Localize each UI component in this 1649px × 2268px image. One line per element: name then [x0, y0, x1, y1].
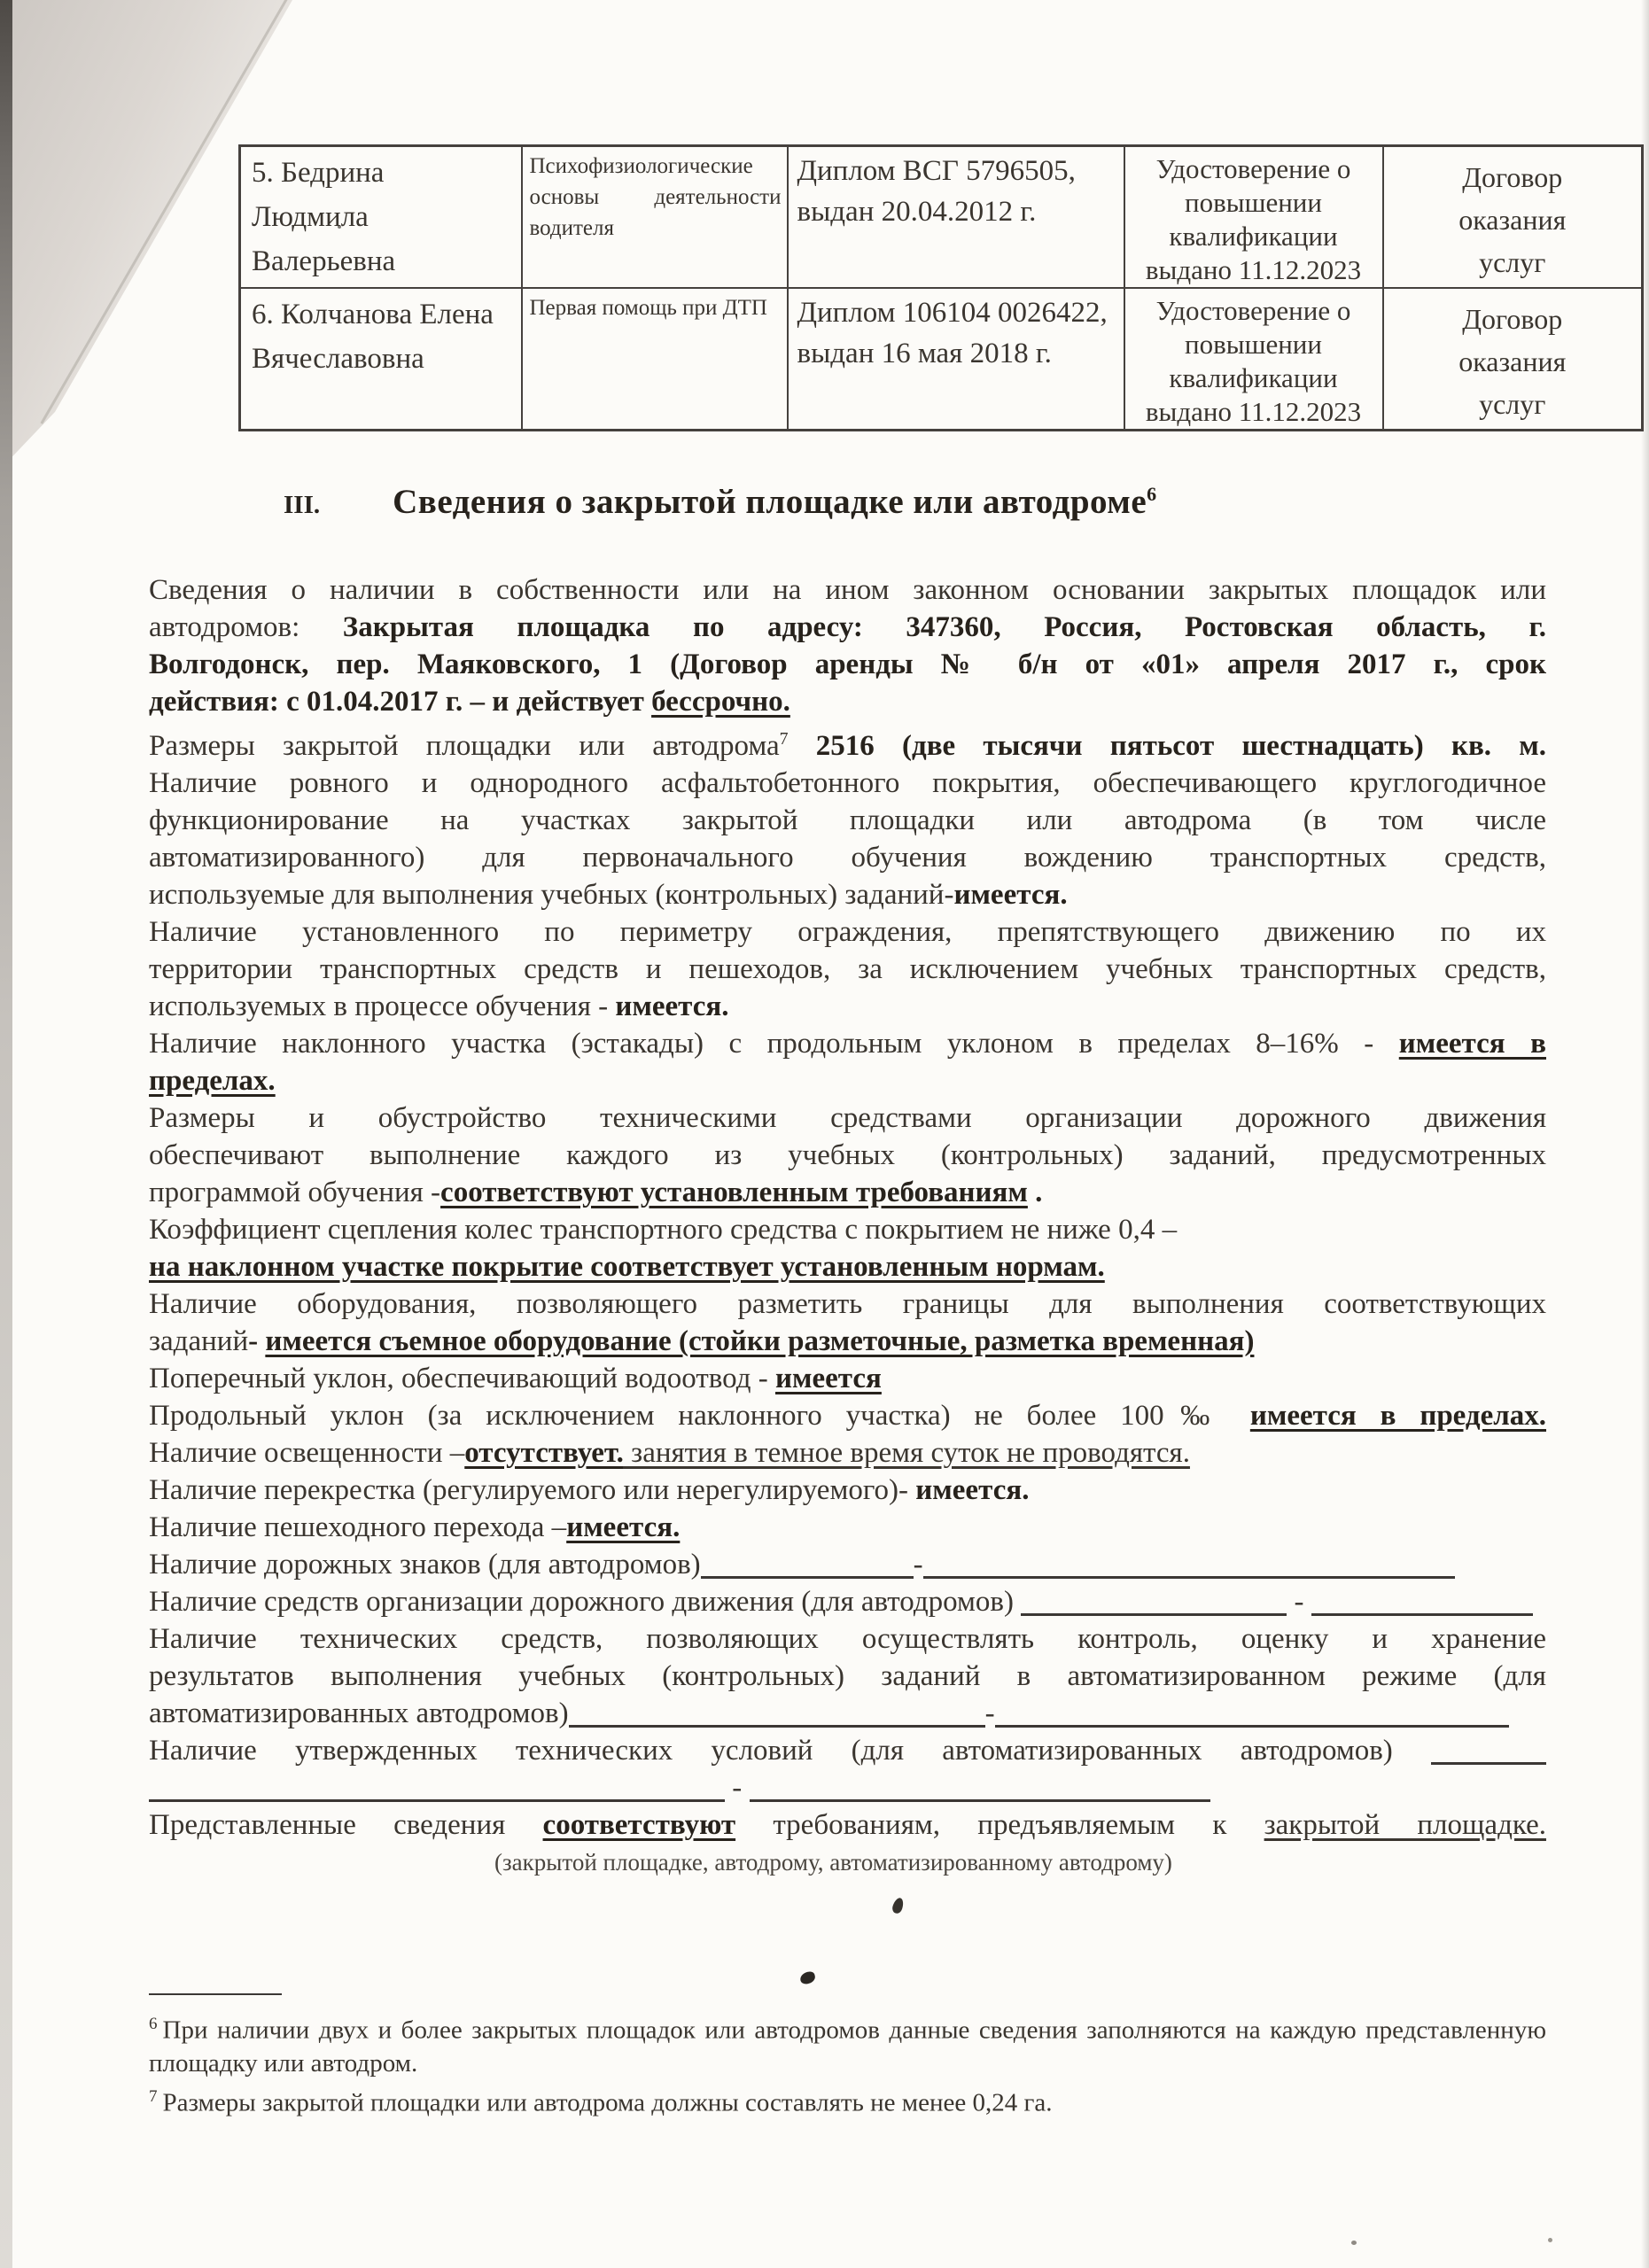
body-line: Волгодонск, пер. Маяковского, 1 (Договор… — [149, 646, 1546, 683]
blank-underline-field — [1311, 1608, 1533, 1616]
text-segment: результатов выполнения учебных (контроль… — [149, 1660, 1546, 1692]
text-segment: соответствуют установленным требованиям — [440, 1177, 1028, 1208]
body-line: Наличие технических средств, позволяющих… — [149, 1620, 1546, 1658]
table-row: 6. Колчанова Елена ВячеславовнаПервая по… — [240, 288, 1643, 431]
footnotes-block: 6При наличии двух и более закрытых площа… — [149, 1993, 1546, 2119]
text-segment: имеется. — [915, 1474, 1029, 1506]
instructors-table: 5. Бедрина Людмила ВалерьевнаПсихофизиол… — [238, 144, 1644, 431]
table-cell: Удостоверение о повышении квалификации в… — [1124, 146, 1383, 289]
ink-mark — [891, 1897, 905, 1915]
text-segment: - — [725, 1772, 750, 1804]
body-line: Представленные сведения соответствуют тр… — [149, 1806, 1546, 1844]
body-line: Наличие установленного по периметру огра… — [149, 913, 1546, 951]
text-segment: Наличие технических средств, позволяющих… — [149, 1623, 1546, 1655]
section-title: Сведения о закрытой площадке или автодро… — [393, 482, 1157, 522]
body-line: автодромов: Закрытая площадка по адресу:… — [149, 609, 1546, 646]
text-segment: бессрочно. — [651, 686, 790, 718]
text-segment: имеется. — [615, 990, 728, 1022]
text-segment: Наличие средств организации дорожного дв… — [149, 1586, 1021, 1618]
blank-underline-field — [1431, 1757, 1546, 1765]
text-segment: 2516 (две тысячи пятьсот шестнадцать) кв… — [816, 730, 1546, 762]
text-segment: Поперечный уклон, обеспечивающий водоотв… — [149, 1363, 775, 1394]
text-segment: имеется. — [953, 879, 1067, 911]
body-line: Наличие средств организации дорожного дв… — [149, 1583, 1546, 1620]
body-line: Сведения о наличии в собственности или н… — [149, 571, 1546, 609]
section-number: III. — [284, 491, 320, 520]
text-segment: отсутствует. — [464, 1437, 624, 1469]
footnote-separator — [149, 1993, 282, 1995]
table-cell: Первая помощь при ДТП — [522, 288, 788, 431]
scan-artifact-left-edge — [0, 0, 12, 2268]
text-segment: имеется в пределах. — [1250, 1400, 1546, 1432]
footnote-ref-icon: 7 — [780, 729, 789, 749]
text-segment: обеспечивают выполнение каждого из учебн… — [149, 1139, 1546, 1171]
footnote-ref-icon: 6 — [1147, 483, 1157, 505]
scan-speck — [1548, 2238, 1552, 2242]
body-line: Наличие наклонного участка (эстакады) с … — [149, 1025, 1546, 1062]
body-line: Продольный уклон (за исключением наклонн… — [149, 1397, 1546, 1434]
body-line: автоматизированных автодромов)- — [149, 1695, 1546, 1732]
text-segment: Сведения о наличии в собственности или н… — [149, 574, 1546, 606]
body-line: Размеры и обустройство техническими сред… — [149, 1099, 1546, 1137]
text-segment: Наличие наклонного участка (эстакады) с … — [149, 1028, 1399, 1060]
scan-speck — [1351, 2241, 1357, 2245]
text-segment: программой обучения - — [149, 1177, 440, 1208]
body-line: Наличие перекрестка (регулируемого или н… — [149, 1472, 1546, 1509]
text-segment: - — [248, 1325, 265, 1357]
table-cell: 6. Колчанова Елена Вячеславовна — [240, 288, 522, 431]
body-line: Размеры закрытой площадки или автодрома7… — [149, 720, 1546, 765]
text-segment: Размеры закрытой площадки или автодрома — [149, 730, 780, 762]
body-line: территории транспортных средств и пешехо… — [149, 951, 1546, 988]
text-segment: Продольный уклон (за исключением наклонн… — [149, 1400, 1250, 1432]
text-segment: Наличие ровного и однородного асфальтобе… — [149, 767, 1546, 799]
body-line: Коэффициент сцепления колес транспортног… — [149, 1211, 1546, 1248]
body-line: Наличие ровного и однородного асфальтобе… — [149, 765, 1546, 802]
text-segment: закрытой площадке. — [1264, 1809, 1546, 1841]
text-segment: Наличие перекрестка (регулируемого или н… — [149, 1474, 915, 1506]
text-segment: заданий — [149, 1325, 248, 1357]
table-cell: Диплом ВСГ 5796505, выдан 20.04.2012 г. — [788, 146, 1124, 289]
text-segment: (закрытой площадке, автодрому, автоматиз… — [494, 1849, 1172, 1876]
blank-underline-field — [995, 1720, 1509, 1728]
body-line: пределах. — [149, 1062, 1546, 1099]
footnote-list: 6При наличии двух и более закрытых площа… — [149, 2008, 1546, 2119]
text-segment: - — [1287, 1586, 1311, 1618]
body-line: Наличие дорожных знаков (для автодромов)… — [149, 1546, 1546, 1583]
text-segment: функционирование на участках закрытой пл… — [149, 804, 1546, 836]
text-segment: Закрытая площадка по адресу: 347360, Рос… — [343, 611, 1546, 643]
body-line: на наклонном участке покрытие соответств… — [149, 1248, 1546, 1285]
text-segment: занятия в темное время суток не проводят… — [624, 1437, 1190, 1469]
text-segment: Наличие дорожных знаков (для автодромов) — [149, 1549, 701, 1581]
ink-mark — [799, 1970, 817, 1985]
blank-underline-field — [923, 1571, 1455, 1579]
body-line: используемых в процессе обучения - имеет… — [149, 988, 1546, 1025]
table-cell: Договор оказания услуг — [1383, 146, 1643, 289]
text-segment: используемых в процессе обучения - — [149, 990, 615, 1022]
section-title-text: Сведения о закрытой площадке или автодро… — [393, 483, 1147, 521]
blank-underline-field — [569, 1720, 985, 1728]
body-line: - — [149, 1769, 1546, 1806]
blank-underline-field — [750, 1794, 1210, 1802]
body-line: автоматизированного) для первоначального… — [149, 839, 1546, 876]
text-segment: соответствуют — [543, 1809, 736, 1841]
body-line: функционирование на участках закрытой пл… — [149, 802, 1546, 839]
text-segment: Наличие утвержденных технических условий… — [149, 1735, 1431, 1767]
section-heading: III. Сведения о закрытой площадке или ав… — [284, 482, 1560, 522]
text-segment: Наличие оборудования, позволяющего разме… — [149, 1288, 1546, 1320]
table-cell: Удостоверение о повышении квалификации в… — [1124, 288, 1383, 431]
text-segment: действия: с 01.04.2017 г. – и действует — [149, 686, 651, 718]
table-cell: Договор оказания услуг — [1383, 288, 1643, 431]
clarification-note: (закрытой площадке, автодрому, автоматиз… — [149, 1844, 1546, 1881]
text-segment: - — [985, 1697, 995, 1729]
scanned-document-page: 5. Бедрина Людмила ВалерьевнаПсихофизиол… — [0, 0, 1649, 2268]
footnote-marker: 7 — [149, 2087, 158, 2106]
text-segment: Коэффициент сцепления колес транспортног… — [149, 1214, 1177, 1246]
body-line: Наличие оборудования, позволяющего разме… — [149, 1285, 1546, 1323]
table-cell: Психофизиологические основы деятельности… — [522, 146, 788, 289]
body-line: программой обучения -соответствуют устан… — [149, 1174, 1546, 1211]
text-segment: имеется съемное оборудование (стойки раз… — [265, 1325, 1254, 1357]
text-segment: Представленные сведения — [149, 1809, 543, 1841]
text-segment: Наличие освещенности – — [149, 1437, 464, 1469]
blank-underline-field — [701, 1571, 914, 1579]
text-segment: имеется — [775, 1363, 882, 1394]
body-line: Поперечный уклон, обеспечивающий водоотв… — [149, 1360, 1546, 1397]
text-segment: автоматизированного) для первоначального… — [149, 842, 1546, 874]
text-segment: используемые для выполнения учебных (кон… — [149, 879, 953, 911]
footnote: 7Размеры закрытой площадки или автодрома… — [149, 2080, 1546, 2120]
table-cell: 5. Бедрина Людмила Валерьевна — [240, 146, 522, 289]
table-row: 5. Бедрина Людмила ВалерьевнаПсихофизиол… — [240, 146, 1643, 289]
text-segment: Волгодонск, пер. Маяковского, 1 (Договор… — [149, 649, 1546, 680]
text-segment: требованиям, предъявляемым к — [735, 1809, 1264, 1841]
text-segment: . — [1028, 1177, 1043, 1208]
text-segment: имеется. — [566, 1511, 680, 1543]
body-line: действия: с 01.04.2017 г. – и действует … — [149, 683, 1546, 720]
body-line: заданий- имеется съемное оборудование (с… — [149, 1323, 1546, 1360]
text-segment: имеется в — [1399, 1028, 1546, 1060]
body-line: Наличие пешеходного перехода –имеется. — [149, 1509, 1546, 1546]
text-segment: Наличие установленного по периметру огра… — [149, 916, 1546, 948]
table-cell: Диплом 106104 0026422, выдан 16 мая 2018… — [788, 288, 1124, 431]
text-segment: - — [914, 1549, 923, 1581]
text-segment: территории транспортных средств и пешехо… — [149, 953, 1546, 985]
body-line: используемые для выполнения учебных (кон… — [149, 876, 1546, 913]
text-segment: пределах. — [149, 1065, 276, 1097]
document-body: Сведения о наличии в собственности или н… — [149, 571, 1546, 1881]
body-line: Наличие освещенности –отсутствует. занят… — [149, 1434, 1546, 1472]
text-segment: на наклонном участке покрытие соответств… — [149, 1251, 1105, 1283]
blank-underline-field — [149, 1794, 725, 1802]
body-line: обеспечивают выполнение каждого из учебн… — [149, 1137, 1546, 1174]
footnote: 6При наличии двух и более закрытых площа… — [149, 2008, 1546, 2080]
text-segment: Размеры и обустройство техническими сред… — [149, 1102, 1546, 1134]
body-line: Наличие утвержденных технических условий… — [149, 1732, 1546, 1769]
body-line: результатов выполнения учебных (контроль… — [149, 1658, 1546, 1695]
text-segment: автоматизированных автодромов) — [149, 1697, 569, 1729]
blank-underline-field — [1021, 1608, 1287, 1616]
text-segment: автодромов: — [149, 611, 343, 643]
text-segment: Наличие пешеходного перехода – — [149, 1511, 566, 1543]
footnote-marker: 6 — [149, 2015, 158, 2033]
text-segment — [789, 730, 816, 762]
